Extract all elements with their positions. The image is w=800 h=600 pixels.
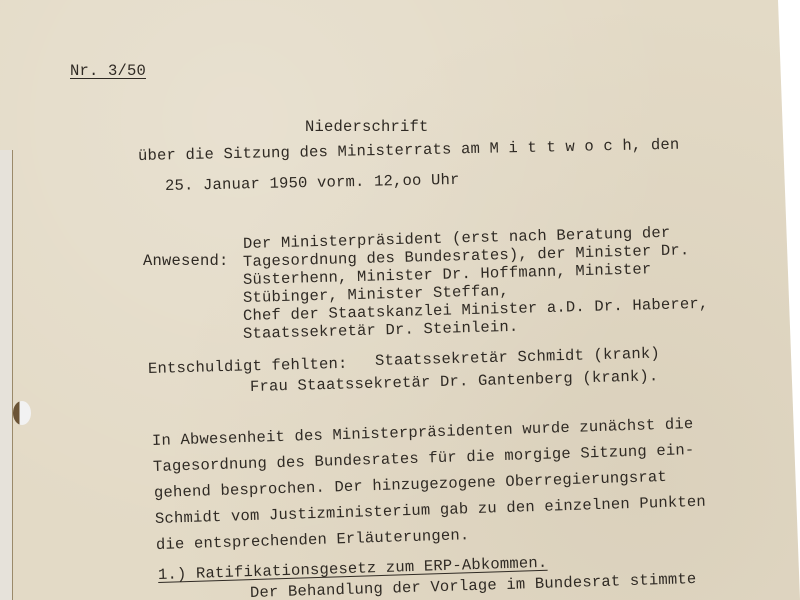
paragraph-line: die entsprechenden Erläuterungen. [156,526,470,554]
absent-line: Staatssekretär Schmidt (krank) [375,345,660,370]
present-label: Anwesend: [143,252,229,270]
document-title: Niederschrift [305,118,429,136]
subtitle-line-1: über die Sitzung des Ministerrats am M i… [138,136,680,165]
document-page: Nr. 3/50 Niederschrift über die Sitzung … [0,0,800,600]
subtitle-line-2: 25. Januar 1950 vorm. 12,oo Uhr [165,171,460,195]
document-number: Nr. 3/50 [70,62,146,80]
punch-hole [13,401,31,425]
underlying-sheet [0,150,13,600]
absent-label: Entschuldigt fehlten: [148,355,348,378]
